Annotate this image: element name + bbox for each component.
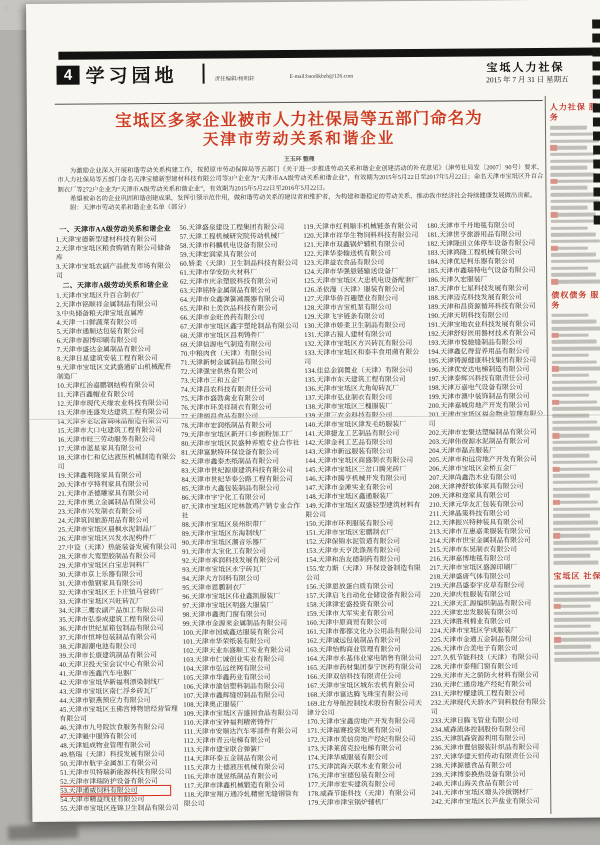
- company-list-item: 100.天津市国威鑫达服装有限公司: [183, 628, 302, 638]
- company-list-item: 155.安力斯（天津）环保设备制造有限公司: [306, 564, 425, 583]
- company-list-item: 146.天津市腾亨机械开发有限公司: [305, 474, 424, 484]
- company-list-item: 42.天津市宝坻华新福利漂染制线厂: [59, 678, 178, 688]
- sidebar-text-line: [553, 487, 600, 491]
- article-intro: 为激励企业深入开展和谐劳动关系构建工作，按照原市劳动保障局等五部门《关于进一步推…: [57, 163, 543, 213]
- sidebar-text-line: [553, 480, 598, 484]
- company-list-item: 67.天津市宝坻区鑫宇塑纶制品有限公司: [180, 322, 299, 332]
- sidebar-text-line: [554, 604, 591, 608]
- company-list-column-2: 56.天津盛泉建设工程集团有限公司57.天津工程机械研究院传动机械厂58.天津市…: [179, 223, 302, 818]
- sidebar-text-line: [552, 414, 589, 418]
- company-list-item: 3.天津市宝坻农副产品批发市场有限公司: [56, 262, 175, 281]
- company-list-item: 225.天津市金通五金制品有限公司: [430, 635, 549, 645]
- sidebar-text-line: [550, 146, 587, 150]
- sidebar-text-line: [551, 253, 596, 257]
- sidebar-text-line: [554, 638, 600, 642]
- company-list-item: 201.天津市宝坻区福金物业管理有限公司: [428, 410, 547, 429]
- company-list-item: 179.天津市津宝锅炉辅机厂: [308, 798, 427, 808]
- company-list-item: 214.天津市世宝金属制品有限公司: [429, 536, 548, 546]
- list-section-title: 二、天津市A级劳动关系和谐企业: [56, 280, 175, 292]
- edge-index-tabs: [592, 19, 600, 224]
- edge-index-tab: [592, 61, 600, 70]
- sidebar-text-line: [551, 206, 588, 210]
- sidebar-text-line: [552, 367, 600, 371]
- sidebar-text-line: [551, 246, 588, 250]
- issue-date: 2015 年 7 月 31 日 星期五: [486, 74, 569, 86]
- sidebar-text-line: [554, 625, 591, 629]
- sidebar-section-title: 宝坻区 社保: [553, 571, 600, 581]
- sidebar-section: 宝坻区 社保: [553, 571, 600, 662]
- company-list-item: 178.威森节能科技（天津）有限公司: [308, 789, 427, 799]
- scanned-newspaper-page: 〃 ‥ 4 学习园地 责任编辑/杨明轩 E-mail:baodikbzh@126…: [0, 0, 600, 845]
- company-list-item: 111.天津市安顺达汽车零部件有限公司: [183, 727, 302, 737]
- company-list-item: 135.天津市东天建筑工程有限公司: [304, 375, 423, 385]
- sidebar-text-line: [550, 126, 587, 130]
- sidebar-text-line: [554, 618, 600, 622]
- sidebar-text-line: [554, 598, 600, 602]
- sidebar-text-line: [552, 387, 600, 391]
- company-list-item: 169.北方导航控制技术股份有限公司天津分公司: [307, 699, 426, 718]
- sidebar-text-line: [553, 561, 598, 565]
- sidebar-text-line: [550, 179, 599, 183]
- company-list-item: 197.天津泰辉兴科技有限责任公司: [428, 374, 547, 384]
- edge-index-tab: [593, 89, 600, 98]
- company-list-item: 118.天津宝翔万通冷轧精密无缝钢管有限公司: [184, 790, 303, 809]
- newspaper-page: 4 学习园地 责任编辑/杨明轩 E-mail:baodikbzh@126.com…: [26, 0, 600, 822]
- company-list-item: 121.天津市双鑫锅炉辅机有限公司: [303, 240, 422, 250]
- edge-index-tab: [593, 75, 600, 84]
- sidebar-text-line: [551, 279, 600, 283]
- sidebar-text-line: [553, 521, 598, 525]
- company-list-item: 242.天津市宝坻区长芦盐业有限公司: [431, 797, 550, 807]
- sidebar-text-line: [551, 213, 596, 217]
- sidebar-text-line: [551, 313, 588, 317]
- company-list-item: 115.天津力士德液压机械有限公司: [184, 763, 303, 773]
- company-list-item: 165.天津市药材集团泰宁医药有限公司: [307, 663, 426, 673]
- sidebar-text-line: [550, 186, 587, 190]
- sidebar-text-line: [553, 554, 590, 558]
- company-list-item: 55.天津市宝坻区连锦卫生制品有限公司: [60, 804, 179, 814]
- company-list-item: 87.天津市宝坻区坨林散鸡产销专业合作社: [182, 502, 301, 521]
- adjacent-column-strip: 人力社保 服务 债权债务 服务 宝坻区 社保: [545, 95, 600, 813]
- company-list-item: 57.天津工程机械研究院传动机械厂: [180, 232, 299, 242]
- sidebar-section-title: 债权债务 服务: [551, 290, 600, 310]
- sidebar-text-line: [552, 400, 597, 404]
- sidebar-text-line: [550, 166, 587, 170]
- section-title: 学习园地: [85, 61, 177, 89]
- company-list-item: 126.圣依漫（天津）服装有限公司: [304, 285, 423, 295]
- company-list-item: 2.天津市宝坻区粮食购销有限公司储备库: [56, 244, 175, 263]
- edge-index-tab: [593, 187, 600, 196]
- company-list: 一、天津市AA级劳动关系和谐企业1.天津宝德新型建材科技有限公司2.天津市宝坻区…: [56, 221, 551, 819]
- sidebar-section: 债权债务 服务: [551, 290, 600, 565]
- company-list-item: 103.天津市仁诚创业实业有限公司: [183, 655, 302, 665]
- sidebar-text-line: [554, 651, 599, 655]
- sidebar-text-line: [552, 440, 597, 444]
- editor-email: E-mail:baodikbzh@126.com: [290, 73, 354, 79]
- page-corner-shadow: [8, 824, 78, 840]
- sidebar-text-line: [551, 199, 600, 203]
- sidebar-text-line: [554, 658, 600, 662]
- company-list-item: 32.天津市宝坻区王卜庄镇马营砖厂: [59, 588, 178, 598]
- sidebar-text-line: [552, 420, 597, 424]
- sidebar-text-line: [550, 159, 599, 163]
- sidebar-text-line: [551, 193, 596, 197]
- sidebar-text-line: [552, 360, 597, 364]
- edge-index-tab: [594, 215, 600, 224]
- sidebar-text-line: [553, 547, 600, 551]
- sidebar-text-line: [551, 273, 596, 277]
- sidebar-text-line: [553, 507, 600, 511]
- company-list-item: 49.格瑞（天津）科技发展有限公司: [60, 750, 179, 760]
- sidebar-text-line: [552, 340, 597, 344]
- sidebar-text-line: [552, 333, 589, 337]
- sidebar-text-line: [554, 631, 599, 635]
- sidebar-text-line: [553, 474, 590, 478]
- sidebar-text-line: [552, 373, 589, 377]
- sidebar-text-line: [552, 353, 589, 357]
- company-list-item: 185.天津市鑫瑞特电气设备有限公司: [427, 266, 546, 276]
- sidebar-text-line: [552, 394, 589, 398]
- company-list-item: 107.天津市鑫辉缝纫制品有限公司: [183, 691, 302, 701]
- company-list-item: 203.天津伟俊源水泥制品有限公司: [429, 437, 548, 447]
- edge-index-tab: [593, 103, 600, 112]
- sidebar-text-line: [552, 320, 597, 324]
- sidebar-text-line: [552, 447, 600, 451]
- sidebar-text-line: [551, 226, 588, 230]
- sidebar-text-line: [550, 132, 595, 136]
- article-title-line1: 宝坻区多家企业被市人力社保局等五部门命名为: [57, 108, 541, 132]
- page-header: 4 学习园地 责任编辑/杨明轩 E-mail:baodikbzh@126.com…: [54, 58, 598, 102]
- article-title-line2: 天津市劳动关系和谐企业: [57, 128, 541, 151]
- sidebar-text-line: [553, 467, 600, 471]
- company-list-item: 27.中设（天津）热能装备发展有限公司: [58, 543, 177, 553]
- sidebar-text-line: [551, 219, 600, 223]
- sidebar-text-line: [552, 380, 597, 384]
- sidebar-text-line: [551, 239, 600, 243]
- company-list-column-3: 119.天津市红利顺丰机械链条有限公司120.天津市祥华生物饲料科技有限公司12…: [303, 222, 426, 817]
- company-list-item: 232.天津现代天骄水产饲料股份有限公司: [431, 698, 550, 717]
- company-list-item: 133.天津市宝坻区和泰丰食用菌有限公司: [304, 348, 423, 367]
- sidebar-text-line: [553, 460, 598, 464]
- sidebar-text-line: [554, 611, 599, 615]
- company-list-item: 45.天津市宝坻区玉佛宫博物馆经营管理有限公司: [60, 705, 179, 724]
- company-list-item: 237.天津华建天恒传动有限责任公司: [431, 752, 550, 762]
- article-title: 宝坻区多家企业被市人力社保局等五部门命名为 天津市劳动关系和谐企业: [57, 108, 541, 151]
- sidebar-text-line: [552, 407, 600, 411]
- sidebar-text-line: [553, 534, 590, 538]
- page-number: 4: [56, 66, 79, 85]
- company-list-item: 157.天津启飞自动化仓储设备有限公司: [306, 591, 425, 601]
- sidebar-text-line: [552, 434, 589, 438]
- sidebar-text-line: [552, 327, 600, 331]
- company-list-item: 187.天津市七星科技发展有限公司: [427, 284, 546, 294]
- sidebar-text-line: [551, 259, 600, 263]
- company-list-column-1: 一、天津市AA级劳动关系和谐企业1.天津宝德新型建材科技有限公司2.天津市宝坻区…: [56, 224, 179, 819]
- sidebar-text-line: [553, 527, 600, 531]
- sidebar-text-line: [550, 152, 595, 156]
- sidebar-text-line: [553, 500, 598, 504]
- company-list-item: 18.天津市仁和亿达液压机械制造有限公司: [58, 453, 177, 472]
- sidebar-text-line: [553, 494, 590, 498]
- sidebar-text-line: [551, 266, 588, 270]
- company-list-item: 64.天津市众鑫弹簧减震器有限公司: [180, 295, 299, 305]
- edge-index-tab: [592, 47, 600, 56]
- company-list-item: 130.天津市娇柔卫生制品有限公司: [304, 321, 423, 331]
- edge-index-tab: [593, 159, 600, 168]
- company-list-item: 227.久机节能科技（天津）有限公司: [430, 653, 549, 663]
- sidebar-text-line: [551, 233, 596, 237]
- title-divider: [202, 64, 204, 84]
- company-list-item: 40.天津卫投天宝会议中心有限公司: [59, 660, 178, 670]
- company-list-item: 109.天津市宝坻区吉盛园食品有限公司: [183, 709, 302, 719]
- sidebar-text-line: [550, 139, 599, 143]
- intro-paragraph: 为激励企业深入开展和谐劳动关系构建工作，按照原市劳动保障局等五部门《关于进一步推…: [57, 163, 543, 195]
- sidebar-text-line: [552, 347, 600, 351]
- sidebar-text-line: [553, 454, 590, 458]
- company-list-item: 84.天津市世纪华泰公路工程有限公司: [181, 475, 300, 485]
- edge-index-tab: [592, 19, 600, 28]
- company-list-item: 140.天津市宝坻区津发毛纺服装厂: [305, 420, 424, 430]
- editor-credit: 责任编辑/杨明轩: [215, 74, 255, 82]
- company-list-item: 161.天津市都都文化办公用品有限公司: [306, 627, 425, 637]
- edge-index-tab: [592, 33, 600, 42]
- sidebar-text-line: [554, 584, 591, 588]
- company-list-item: 2.天津市铭顺祥金属制品有限公司: [56, 300, 175, 310]
- company-list-item: 182.天津隆田立体停车设备有限公司: [427, 239, 546, 249]
- sidebar-text-line: [553, 541, 598, 545]
- sidebar-text-line: [550, 173, 595, 177]
- company-list-item: 9.天津市宝坻区文武盛通矿山机械配件制造厂: [57, 363, 176, 382]
- company-list-item: 60.娇柔（天津）卫生制品科技有限公司: [180, 259, 299, 269]
- company-list-item: 205.天津市和远房地产开发有限公司: [429, 455, 548, 465]
- company-list-item: 80.天津市宝坻区民盛种养殖专业合作社: [181, 439, 300, 449]
- company-list-item: 170.天津市宝鑫房地产开发有限公司: [307, 717, 426, 727]
- edge-index-tab: [593, 117, 600, 126]
- edge-index-tab: [593, 173, 600, 182]
- company-list-item: 230.天津仁通房地产经纪有限公司: [431, 680, 550, 690]
- company-list-item: 15.天津市大口屯建筑工程有限公司: [57, 426, 176, 436]
- sidebar-text-line: [554, 591, 599, 595]
- edge-index-tab: [593, 131, 600, 140]
- company-list-item: 51.天津市贝特瑞新能源科技有限公司: [60, 768, 179, 778]
- company-list-item: 172.天津市美信房地产经纪有限公司: [307, 735, 426, 745]
- company-list-item: 46.天津市九号院饮食服务有限公司: [60, 723, 179, 733]
- edge-index-tab: [594, 201, 600, 210]
- sidebar-text-line: [554, 645, 591, 649]
- list-section-title: 一、天津市AA级劳动关系和谐企业: [56, 224, 175, 236]
- company-list-item: 221.天津天汇源编织制品有限公司: [430, 599, 549, 609]
- sidebar-text-line: [552, 427, 600, 431]
- company-list-item: 149.天津市宝坻区双盛轻型建筑材料有限公司: [305, 501, 424, 520]
- sidebar-text-line: [553, 514, 590, 518]
- company-list-item: 192.天津舒好医用器材技术有限公司: [428, 329, 547, 339]
- company-list-item: 53.天津通威饲料有限公司: [60, 786, 179, 796]
- scan-artifact-mark: 〃 ‥: [2, 2, 25, 15]
- edge-index-tab: [593, 145, 600, 154]
- company-list-item: 189.天津和昌资源循环科技有限公司: [428, 302, 547, 312]
- company-list-column-4: 180.天津市千丹地毯有限公司181.天津世亨旅游用品有限公司182.天津隆田立…: [427, 221, 550, 816]
- company-list-item: 36.天津市世纪星箱包制品有限公司: [59, 624, 178, 634]
